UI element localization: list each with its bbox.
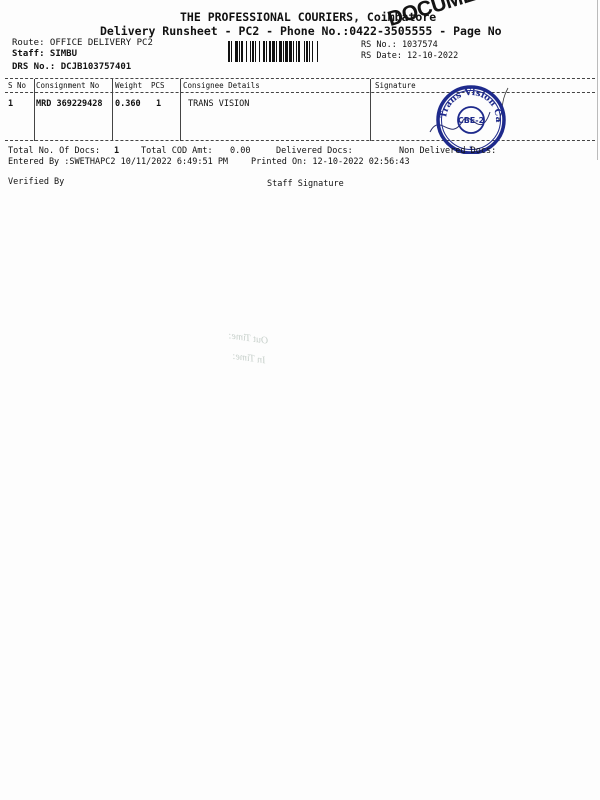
bleed-through-in-time: In Time: [231, 351, 266, 367]
col-divider [34, 79, 35, 141]
non-delivered-docs-label: Non Delivered Docs: [399, 146, 496, 156]
cell-pcs: 1 [156, 99, 161, 109]
cell-sno: 1 [8, 99, 13, 109]
barcode [228, 41, 350, 62]
column-header-signature: Signature [375, 81, 416, 90]
page-edge [597, 0, 598, 160]
col-divider [180, 79, 181, 141]
rs-date: RS Date: 12-10-2022 [361, 51, 458, 61]
svg-text:CBE-2: CBE-2 [458, 116, 484, 125]
printed-on: Printed On: 12-10-2022 02:56:43 [251, 157, 410, 167]
cell-consignment-no: MRD 369229428 [36, 99, 103, 109]
company-seal-icon: Trans Vision Care Pvt. Ltd. CBE-2 ★ [420, 82, 522, 154]
runsheet-subtitle: Delivery Runsheet - PC2 - Phone No.:0422… [100, 24, 502, 38]
route-label: Route: OFFICE DELIVERY PC2 [12, 38, 153, 48]
total-cod-value: 0.00 [230, 146, 250, 156]
col-divider [370, 79, 371, 141]
drs-number: DRS No.: DCJB103757401 [12, 62, 131, 72]
table-top-border [5, 78, 595, 79]
cell-consignee: TRANS VISION [188, 99, 249, 109]
bleed-through-out-time: Out Time: [227, 330, 268, 346]
column-header-consignment: Consignment No [36, 81, 99, 90]
column-header-weight: Weight [115, 81, 142, 90]
column-header-pcs: PCS [151, 81, 165, 90]
col-divider [112, 79, 113, 141]
rs-number: RS No.: 1037574 [361, 40, 438, 50]
total-docs-label: Total No. Of Docs: [8, 146, 100, 156]
staff-label: Staff: SIMBU [12, 49, 77, 59]
delivered-docs-label: Delivered Docs: [276, 146, 353, 156]
column-header-sno: S No [8, 81, 26, 90]
total-docs-value: 1 [114, 146, 119, 156]
staff-signature-label: Staff Signature [267, 179, 344, 189]
verified-by-label: Verified By [8, 177, 64, 187]
cell-weight: 0.360 [115, 99, 141, 109]
entered-by: Entered By :SWETHAPC2 10/11/2022 6:49:51… [8, 157, 228, 167]
column-header-consignee: Consignee Details [183, 81, 260, 90]
total-cod-label: Total COD Amt: [141, 146, 213, 156]
